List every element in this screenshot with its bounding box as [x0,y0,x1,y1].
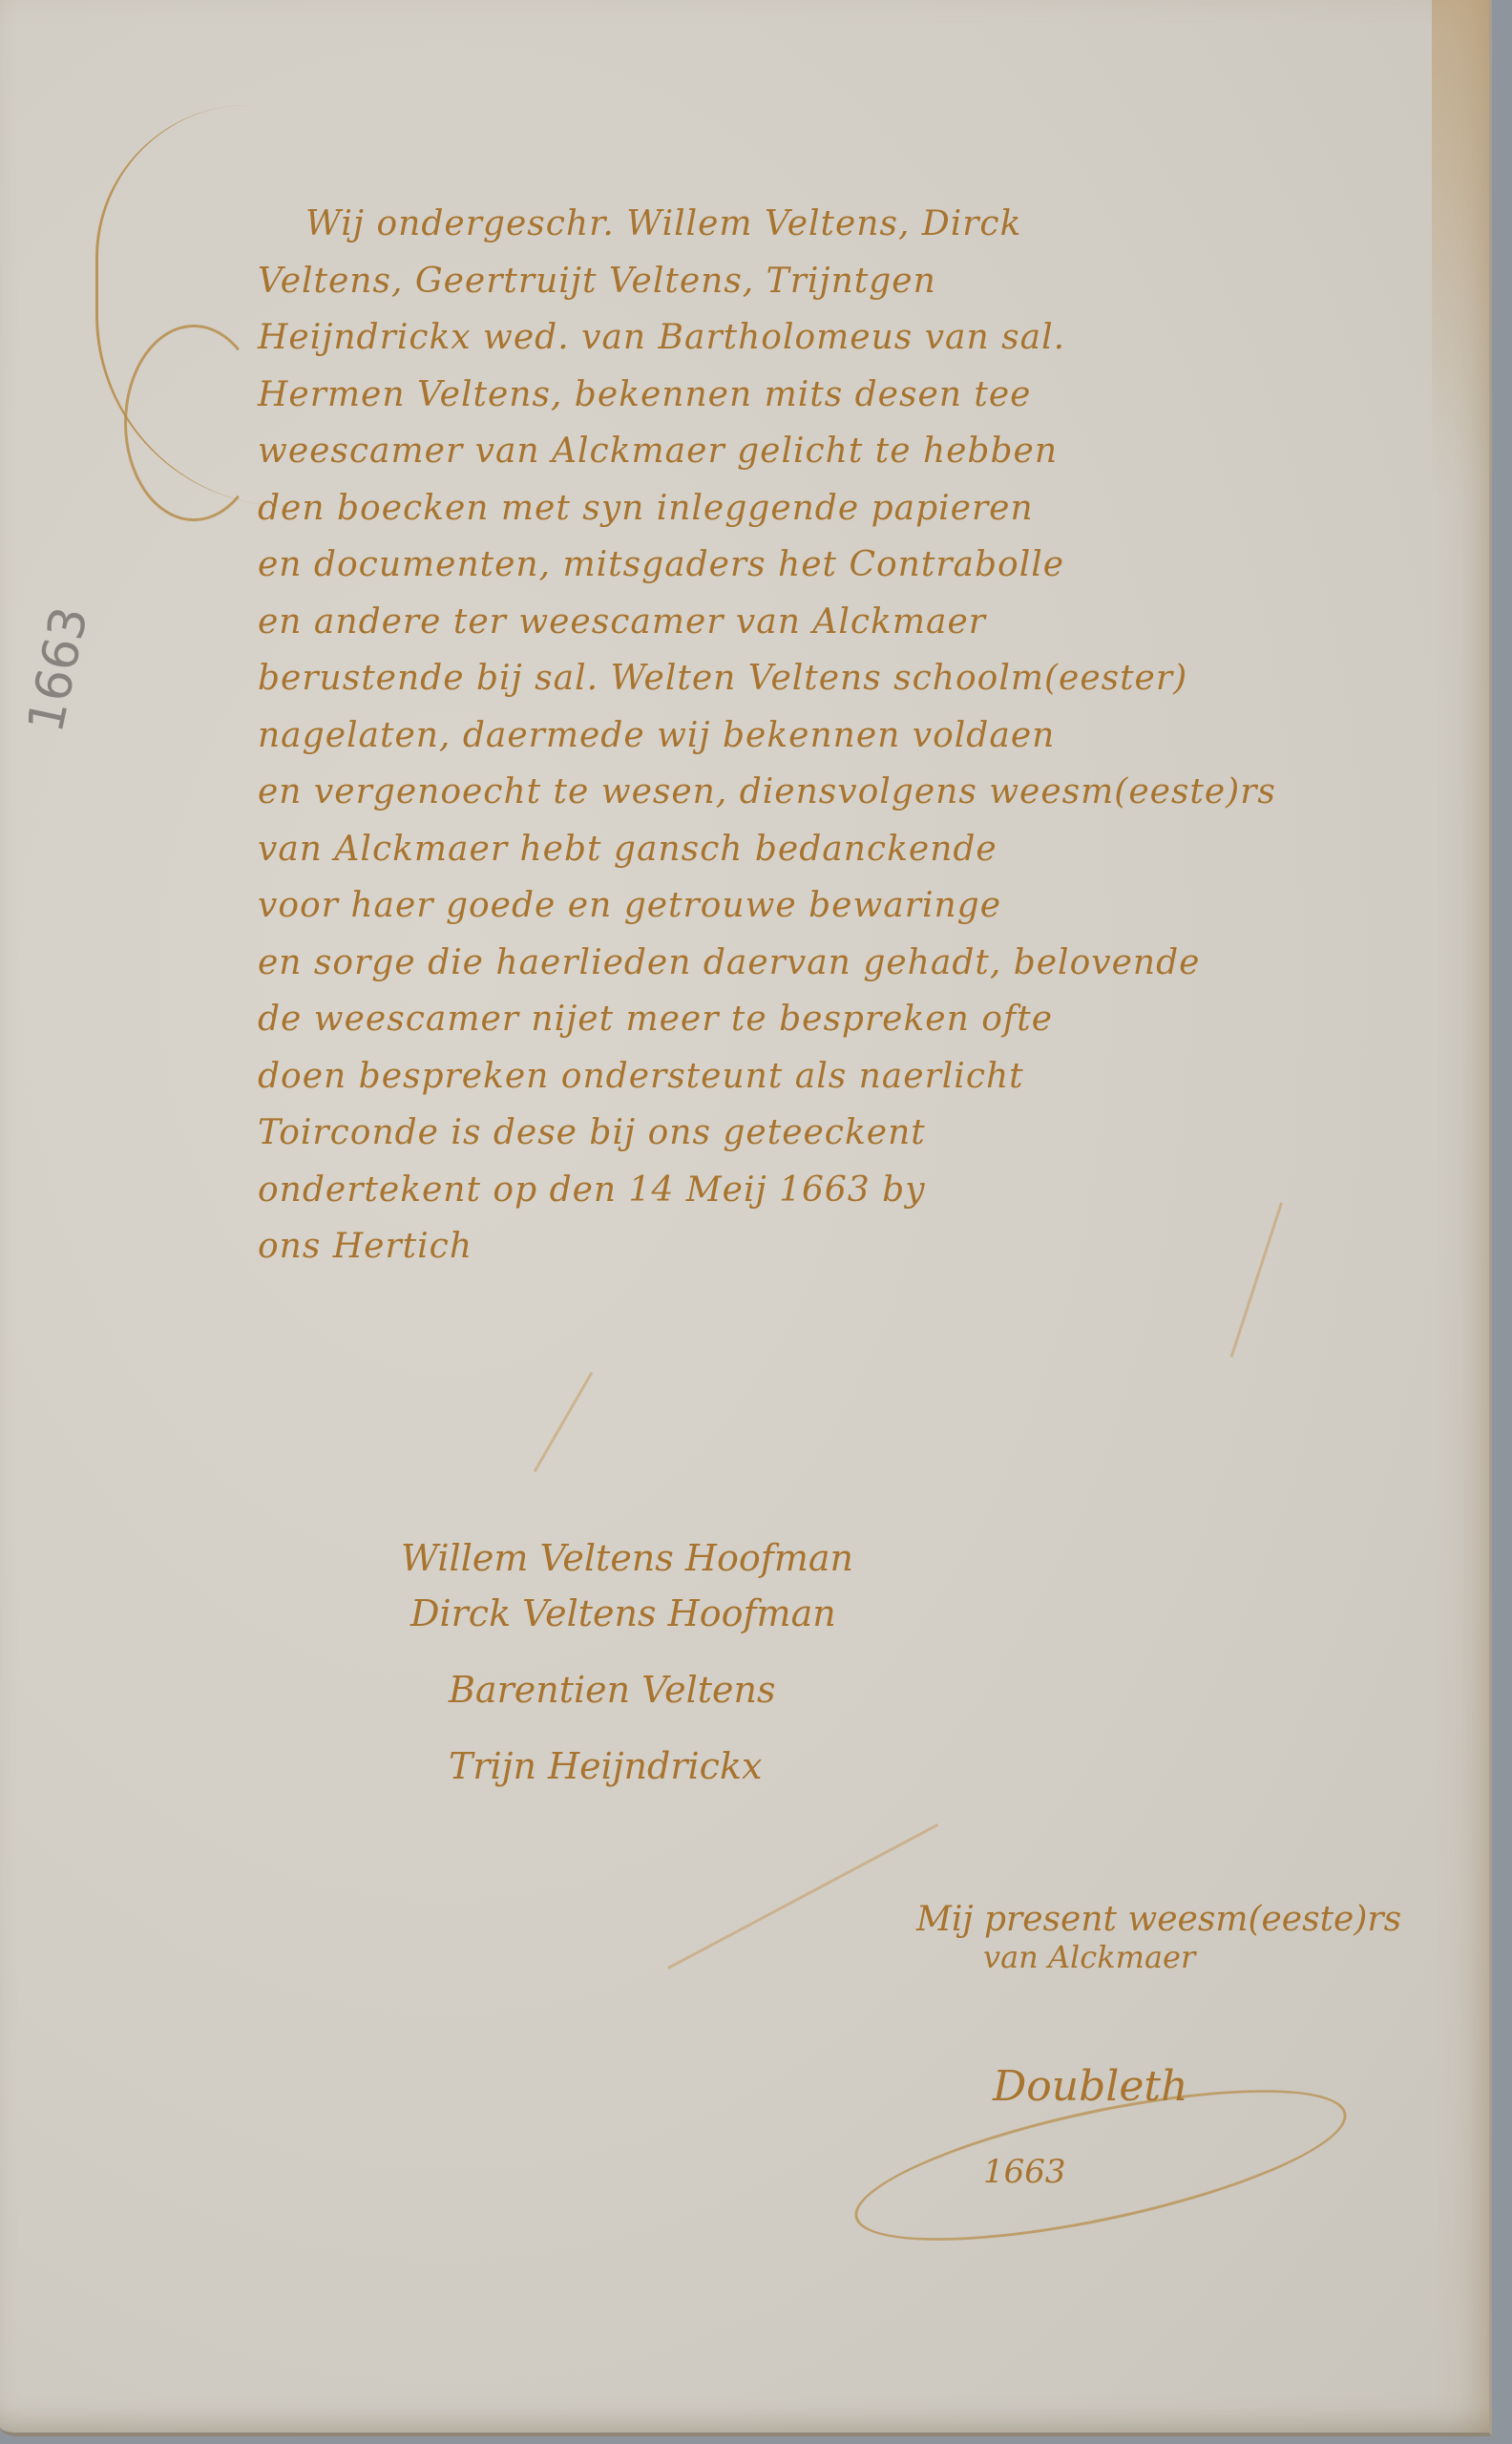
final-signature-year: 1663 [983,2153,1066,2191]
attestation-line: van Alckmaer [916,1939,1401,1975]
final-signature-name: Doubleth [993,2062,1187,2111]
signature: Dirck Veltens Hoofman [401,1592,853,1659]
pen-stroke [534,1372,594,1472]
body-line: berustende bij sal. Welten Veltens schoo… [258,650,1451,707]
body-line: voor haer goede en getrouwe bewaringe [258,877,1451,935]
body-line: nagelaten, daermede wij bekennen voldaen [258,707,1451,765]
body-line: Hermen Veltens, bekennen mits desen tee [258,367,1451,424]
body-line: den boecken met syn inleggende papieren [258,480,1451,537]
body-line: Wij ondergeschr. Willem Veltens, Dirck [258,196,1451,253]
body-line: Veltens, Geertruijt Veltens, Trijntgen [258,253,1451,310]
signature: Barentien Veltens [401,1669,853,1736]
body-line: en sorge die haerlieden daervan gehadt, … [258,935,1451,992]
document-body: Wij ondergeschr. Willem Veltens, Dirck V… [258,196,1451,1275]
body-line: ondertekent op den 14 Meij 1663 by [258,1162,1451,1219]
body-line: en andere ter weescamer van Alckmaer [258,594,1451,651]
initial-letter-loop [124,325,263,521]
pen-stroke [667,1823,938,1970]
body-line: Toirconde is dese bij ons geteeckent [258,1105,1451,1162]
body-line: weescamer van Alckmaer gelicht te hebben [258,423,1451,480]
attestation-block: Mij present weesm(eeste)rs van Alckmaer [916,1900,1401,1975]
final-signature: Doubleth 1663 [993,2062,1187,2111]
body-line: de weescamer nijet meer te bespreken oft… [258,991,1451,1048]
body-line: en vergenoecht te wesen, diensvolgens we… [258,764,1451,821]
attestation-line: Mij present weesm(eeste)rs [916,1900,1401,1939]
margin-annotation-year: 1663 [17,602,99,738]
manuscript-page: 1663 Wij ondergeschr. Willem Veltens, Di… [0,0,1492,2436]
signature: Trijn Heijndrickx [401,1745,853,1812]
body-line: van Alckmaer hebt gansch bedanckende [258,821,1451,878]
signatures-block: Willem Veltens Hoofman Dirck Veltens Hoo… [401,1537,853,1812]
body-line: Heijndrickx wed. van Bartholomeus van sa… [258,309,1451,367]
body-line: en documenten, mitsgaders het Contraboll… [258,537,1451,594]
body-line: doen bespreken ondersteunt als naerlicht [258,1048,1451,1106]
